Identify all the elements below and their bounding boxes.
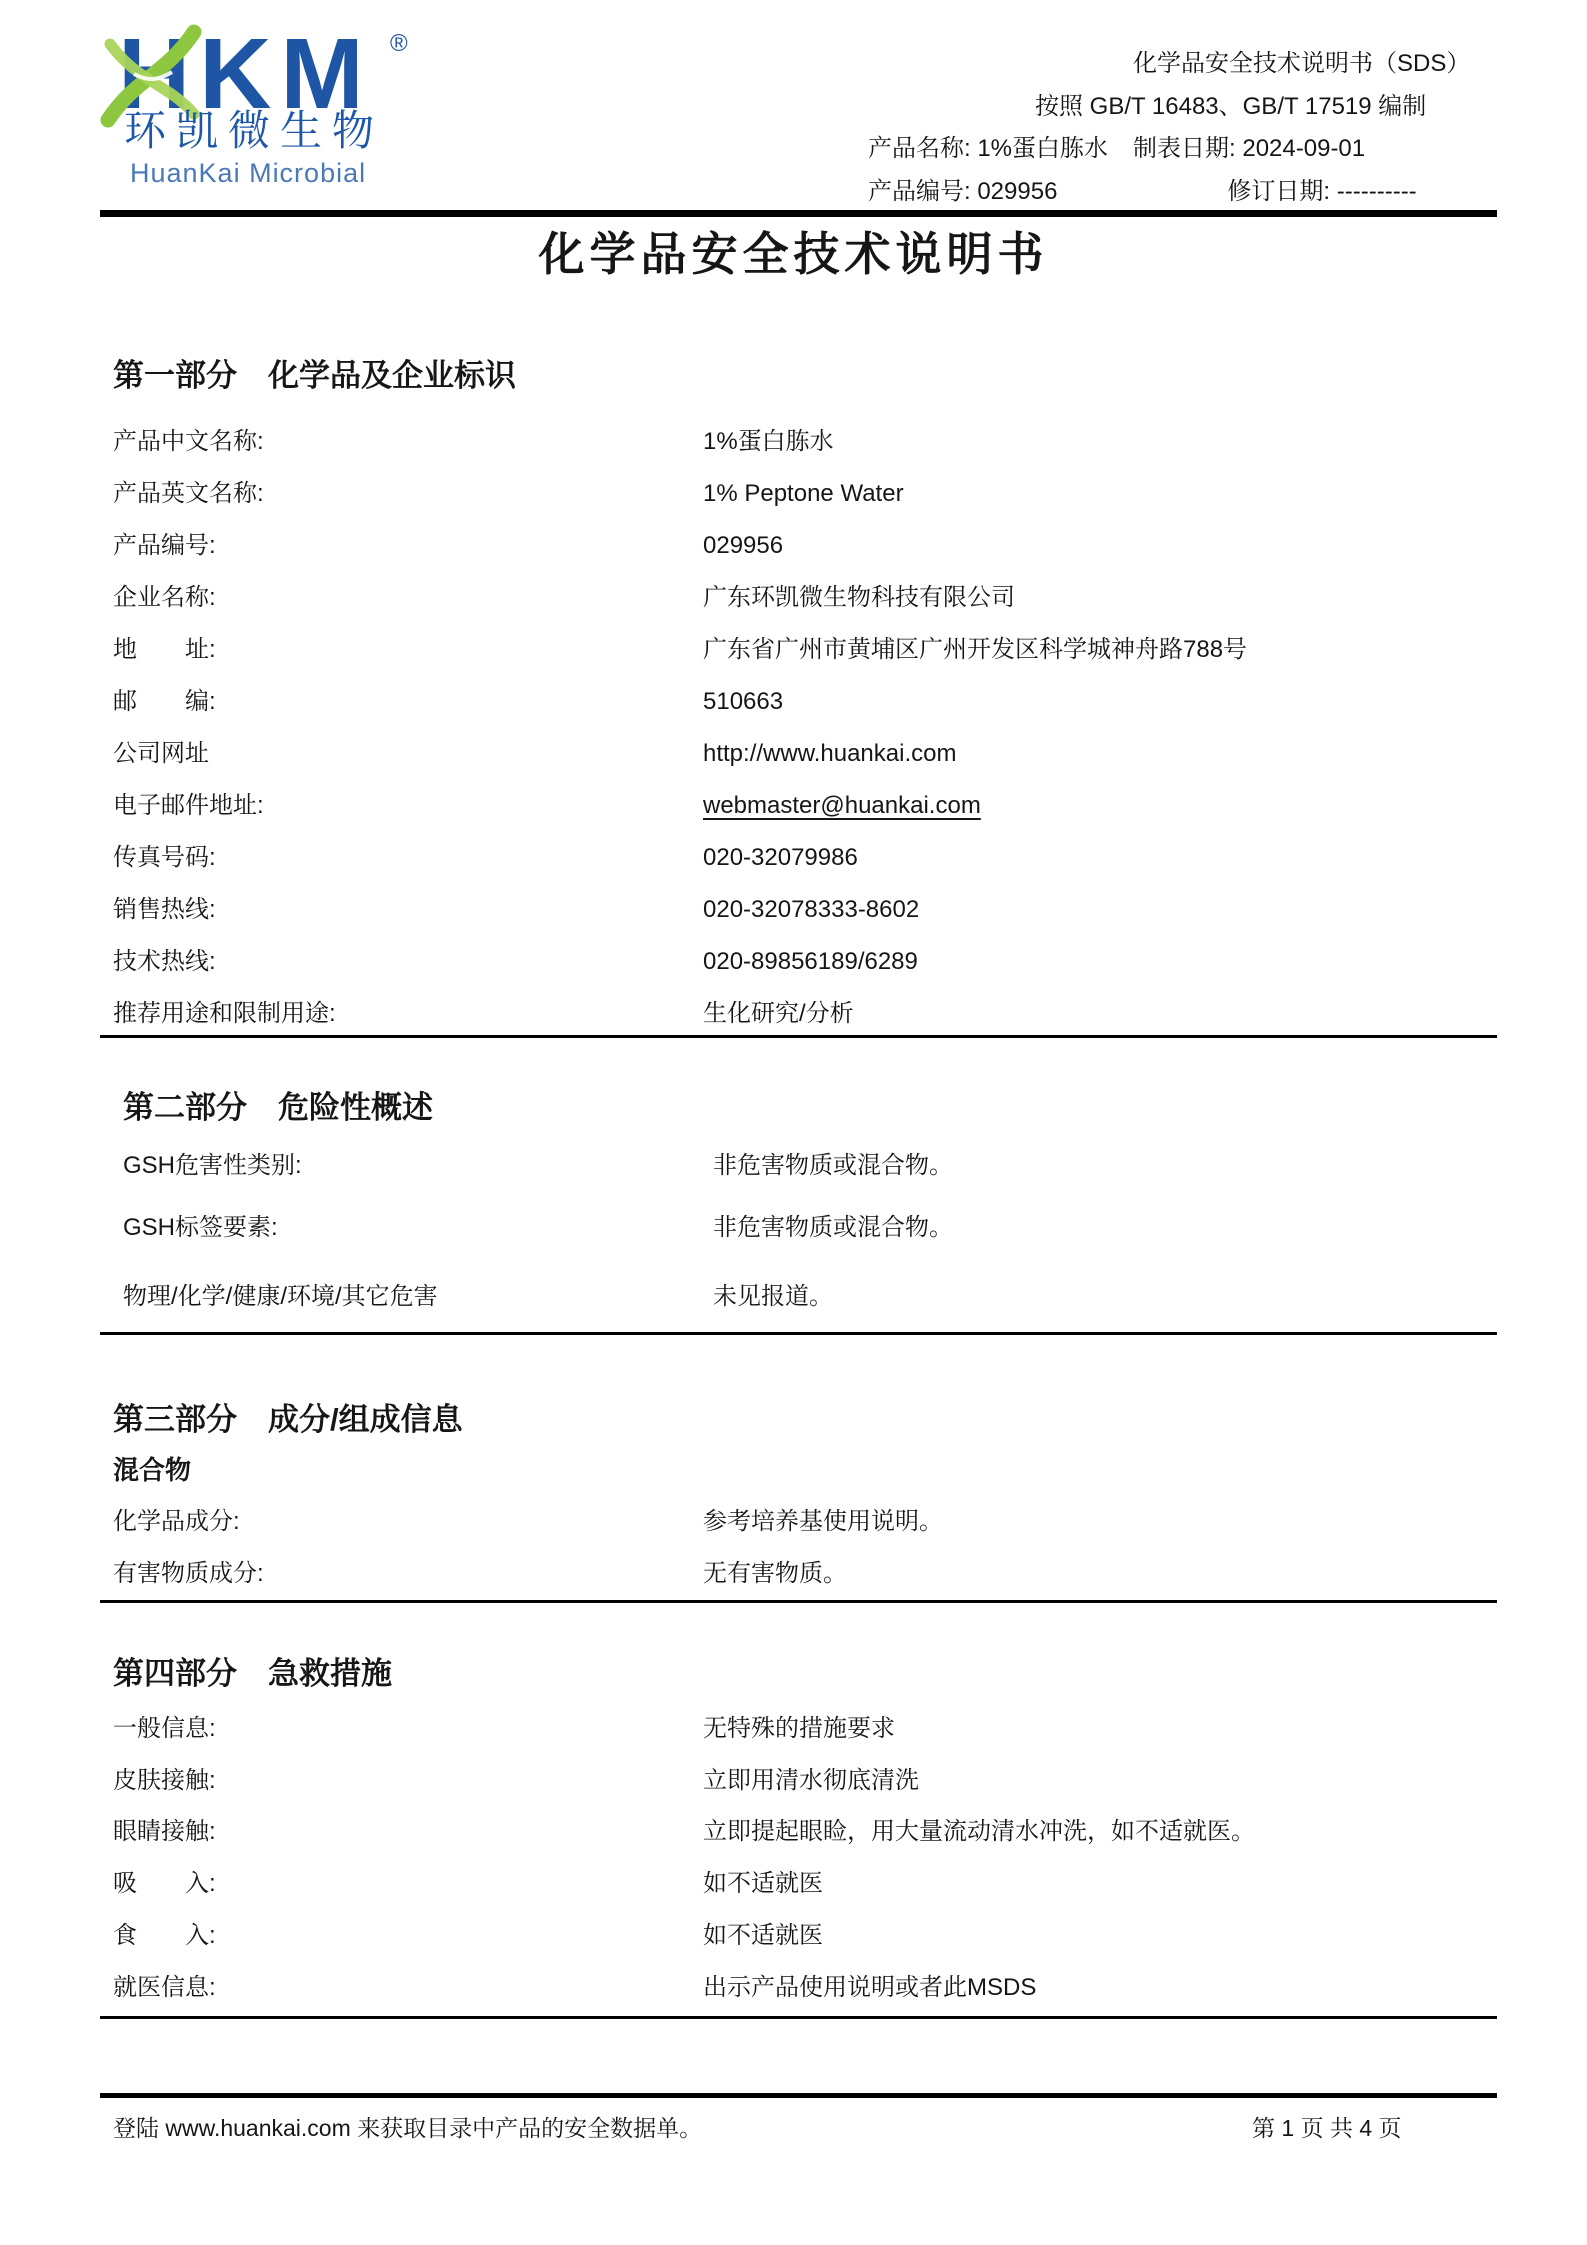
field-label: 眼睛接触: <box>113 1816 703 1847</box>
field-label: 公司网址 <box>113 738 703 769</box>
field-row: 电子邮件地址: webmaster@huankai.com <box>113 790 1497 821</box>
field-row: 产品编号: 029956 <box>113 530 1497 561</box>
field-row: 地 址: 广东省广州市黄埔区广州开发区科学城神舟路788号 <box>113 634 1497 665</box>
sds-page: HKM ® 环凯微生物 HuanKai Microbial 化学品安全技术说明书… <box>0 0 1587 2245</box>
inhalation-value: 如不适就医 <box>703 1868 1497 1899</box>
field-row: 产品中文名称: 1%蛋白胨水 <box>113 426 1497 457</box>
field-label: 产品编号: <box>113 530 703 561</box>
field-row: 推荐用途和限制用途: 生化研究/分析 <box>113 998 1497 1029</box>
product-cn-name-value: 1%蛋白胨水 <box>703 426 1497 457</box>
field-label: 传真号码: <box>113 842 703 873</box>
field-row: 销售热线: 020-32078333-8602 <box>113 894 1497 925</box>
field-label: 电子邮件地址: <box>113 790 703 821</box>
gb-standard-line: 按照 GB/T 16483、GB/T 17519 编制 <box>1035 93 1426 122</box>
section-rule <box>100 1332 1497 1335</box>
field-row: 企业名称: 广东环凯微生物科技有限公司 <box>113 582 1497 613</box>
field-label: 企业名称: <box>113 582 703 613</box>
field-row: 公司网址 http://www.huankai.com <box>113 738 1497 769</box>
section-2-heading: 第二部分 危险性概述 <box>123 1090 433 1126</box>
product-en-name-value: 1% Peptone Water <box>703 478 1497 509</box>
footer-rule <box>100 2093 1497 2098</box>
field-row: GSH危害性类别: 非危害物质或混合物。 <box>123 1150 1507 1181</box>
field-row: 化学品成分: 参考培养基使用说明。 <box>113 1506 1497 1537</box>
tech-hotline-value: 020-89856189/6289 <box>703 946 1497 977</box>
product-code-value: 029956 <box>703 530 1497 561</box>
recommended-use-value: 生化研究/分析 <box>703 998 1497 1029</box>
field-label: 销售热线: <box>113 894 703 925</box>
section-rule <box>100 2016 1497 2019</box>
chemical-components-value: 参考培养基使用说明。 <box>703 1506 1497 1537</box>
ingestion-value: 如不适就医 <box>703 1920 1497 1951</box>
field-row: 皮肤接触: 立即用清水彻底清洗 <box>113 1765 1497 1796</box>
field-row: 吸 入: 如不适就医 <box>113 1868 1497 1899</box>
field-label: 皮肤接触: <box>113 1765 703 1796</box>
field-label: GSH标签要素: <box>123 1212 713 1243</box>
field-row: 邮 编: 510663 <box>113 686 1497 717</box>
eye-contact-value: 立即提起眼睑，用大量流动清水冲洗，如不适就医。 <box>703 1816 1497 1847</box>
ghs-hazard-class-value: 非危害物质或混合物。 <box>713 1150 1507 1181</box>
revision-date-pair: 修订日期: ---------- <box>1227 178 1416 205</box>
page-number: 第 1 页 共 4 页 <box>1252 2114 1402 2144</box>
field-row: 产品英文名称: 1% Peptone Water <box>113 478 1497 509</box>
field-label: 产品英文名称: <box>113 478 703 509</box>
field-row: GSH标签要素: 非危害物质或混合物。 <box>123 1212 1507 1243</box>
company-name-value: 广东环凯微生物科技有限公司 <box>703 582 1497 613</box>
section-1-heading: 第一部分 化学品及企业标识 <box>113 358 516 394</box>
field-row: 有害物质成分: 无有害物质。 <box>113 1558 1497 1589</box>
address-value: 广东省广州市黄埔区广州开发区科学城神舟路788号 <box>703 634 1497 665</box>
field-label: 化学品成分: <box>113 1506 703 1537</box>
product-code-pair: 产品编号: 029956 <box>868 178 1057 205</box>
medical-info-value: 出示产品使用说明或者此MSDS <box>703 1972 1497 2003</box>
general-info-value: 无特殊的措施要求 <box>703 1713 1497 1744</box>
field-label: 有害物质成分: <box>113 1558 703 1589</box>
field-label: 邮 编: <box>113 686 703 717</box>
field-row: 就医信息: 出示产品使用说明或者此MSDS <box>113 1972 1497 2003</box>
field-label: 食 入: <box>113 1920 703 1951</box>
ghs-label-elements-value: 非危害物质或混合物。 <box>713 1212 1507 1243</box>
sales-hotline-value: 020-32078333-8602 <box>703 894 1497 925</box>
product-name-line: 产品名称: 1%蛋白胨水制表日期: 2024-09-01 <box>868 135 1365 164</box>
mixture-subheading: 混合物 <box>113 1456 191 1486</box>
registered-mark: ® <box>390 30 408 58</box>
field-label: 地 址: <box>113 634 703 665</box>
field-label: 技术热线: <box>113 946 703 977</box>
email-link[interactable]: webmaster@huankai.com <box>703 790 1497 821</box>
footer-note: 登陆 www.huankai.com 来获取目录中产品的安全数据单。 <box>113 2114 702 2144</box>
field-row: 传真号码: 020-32079986 <box>113 842 1497 873</box>
section-3-heading: 第三部分 成分/组成信息 <box>113 1402 463 1438</box>
field-label: 就医信息: <box>113 1972 703 2003</box>
field-label: 推荐用途和限制用途: <box>113 998 703 1029</box>
skin-contact-value: 立即用清水彻底清洗 <box>703 1765 1497 1796</box>
section-4-heading: 第四部分 急救措施 <box>113 1656 392 1692</box>
section-rule <box>100 1035 1497 1038</box>
field-label: 产品中文名称: <box>113 426 703 457</box>
brand-name-en: HuanKai Microbial <box>130 160 366 187</box>
field-row: 一般信息: 无特殊的措施要求 <box>113 1713 1497 1744</box>
sds-doc-type: 化学品安全技术说明书（SDS） <box>1133 50 1470 79</box>
other-hazards-value: 未见报道。 <box>713 1281 1507 1312</box>
field-row: 食 入: 如不适就医 <box>113 1920 1497 1951</box>
postcode-value: 510663 <box>703 686 1497 717</box>
product-code-line: 产品编号: 029956修订日期: ---------- <box>868 178 1417 207</box>
field-row: 物理/化学/健康/环境/其它危害 未见报道。 <box>123 1281 1507 1312</box>
section-rule <box>100 1600 1497 1603</box>
tabulation-date-pair: 制表日期: 2024-09-01 <box>1133 135 1365 162</box>
doc-title: 化学品安全技术说明书 <box>0 228 1587 281</box>
website-url: http://www.huankai.com <box>703 738 1497 769</box>
field-row: 技术热线: 020-89856189/6289 <box>113 946 1497 977</box>
field-label: 吸 入: <box>113 1868 703 1899</box>
field-label: GSH危害性类别: <box>123 1150 713 1181</box>
hazardous-components-value: 无有害物质。 <box>703 1558 1497 1589</box>
field-label: 物理/化学/健康/环境/其它危害 <box>123 1281 713 1312</box>
field-label: 一般信息: <box>113 1713 703 1744</box>
product-name-pair: 产品名称: 1%蛋白胨水 <box>868 135 1108 162</box>
field-row: 眼睛接触: 立即提起眼睑，用大量流动清水冲洗，如不适就医。 <box>113 1816 1497 1847</box>
header-rule <box>100 210 1497 217</box>
brand-name-cn: 环凯微生物 <box>124 110 384 152</box>
fax-number-value: 020-32079986 <box>703 842 1497 873</box>
